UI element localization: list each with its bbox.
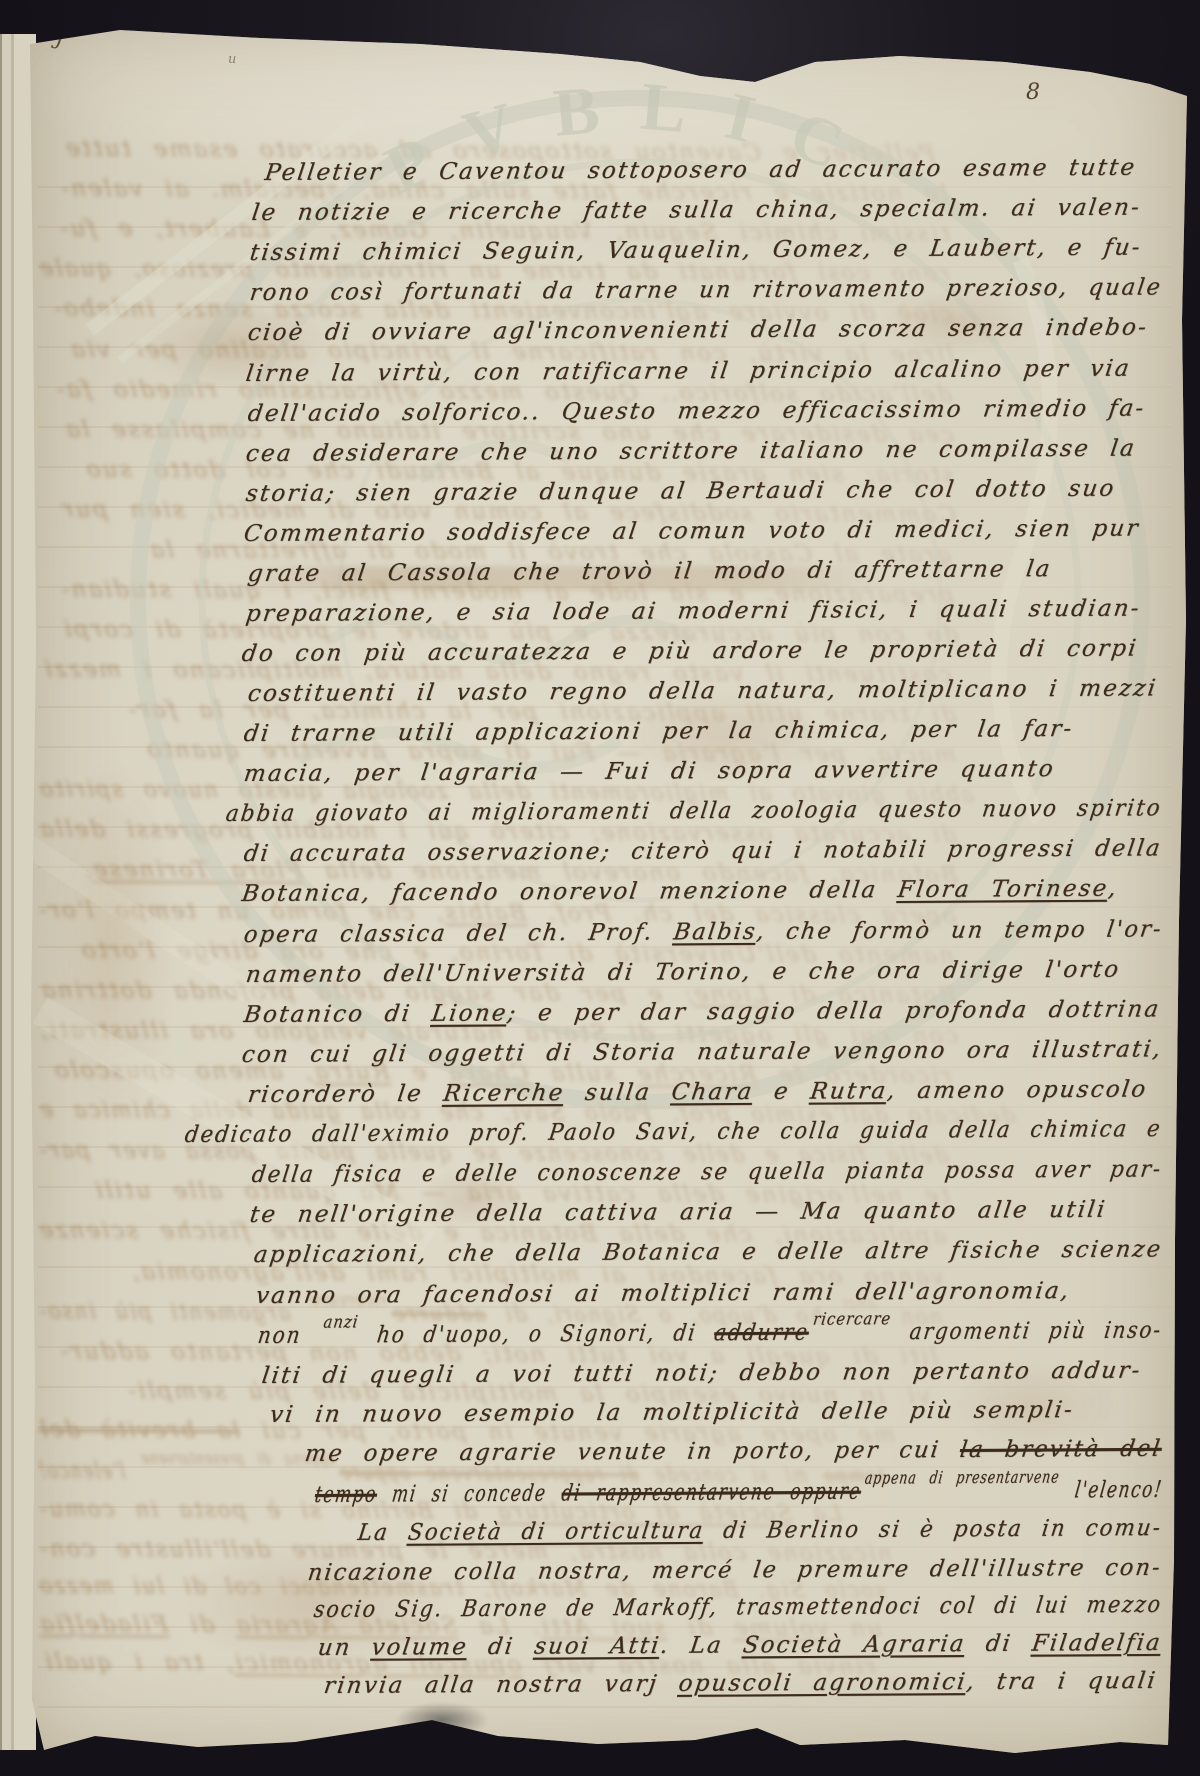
handwritten-line: tempo mi si concede di rappresentarvene … [313, 1477, 1164, 1508]
word-segment: macia, per l'agraria — Fui di sopra avve… [242, 756, 1056, 787]
word-segment: costituenti il vasto regno della natura,… [246, 675, 1159, 707]
page-number: 8 [1026, 80, 1040, 105]
underlined-word: volume [370, 1634, 470, 1661]
handwritten-line: lirne la virtù, con ratificarne il princ… [244, 356, 1132, 387]
inserted-word: ricercare [812, 1309, 893, 1329]
word-segment: di [466, 1634, 536, 1660]
handwritten-line: tissimi chimici Seguin, Vauquelin, Gomez… [248, 235, 1143, 266]
word-segment: applicazioni, che della Botanica e delle… [252, 1236, 1164, 1268]
word-segment: l'elenco! [1058, 1477, 1164, 1504]
underlined-word: Balbis [672, 919, 759, 946]
inserted-word: appena di presentarvene [864, 1467, 1061, 1488]
handwritten-line: cioè di ovviare agl'inconvenienti della … [246, 314, 1150, 346]
word-segment: Botanico di [242, 1001, 433, 1028]
handwritten-line: macia, per l'agraria — Fui di sopra avve… [242, 756, 1056, 787]
struck-word: la brevità del [958, 1436, 1163, 1463]
word-segment: , tra i quali [965, 1668, 1159, 1695]
word-segment: Botanica, facendo onorevol menzione dell… [240, 877, 899, 907]
handwritten-line: con cui gli oggetti di Storia naturale v… [240, 1036, 1164, 1068]
word-segment: e [752, 1079, 812, 1105]
word-segment: un [316, 1635, 373, 1661]
handwritten-line: liti di quegli a voi tutti noti; debbo n… [260, 1358, 1143, 1389]
word-segment: Commentario soddisfece al comun voto di … [242, 516, 1141, 547]
handwritten-line: socio Sig. Barone de Markoff, trasmetten… [312, 1592, 1163, 1623]
word-segment: ho d'uopo, o Signori, di [358, 1320, 716, 1348]
word-segment: storia; sien grazie dunque al Bertaudi c… [244, 476, 1117, 507]
handwritten-line: storia; sien grazie dunque al Bertaudi c… [244, 476, 1117, 507]
handwritten-line: cea desiderare che uno scrittore italian… [244, 436, 1137, 467]
handwritten-line: costituenti il vasto regno della natura,… [246, 675, 1159, 707]
struck-word: addurre [713, 1320, 811, 1347]
word-segment: opera classica del ch. Prof. [242, 919, 675, 948]
handwritten-line: Pelletier e Caventou sottoposero ad accu… [263, 155, 1138, 186]
adjacent-page-edge [0, 34, 36, 1750]
handwritten-line: do con più accuratezza e più ardore le p… [240, 636, 1139, 667]
word-segment: di accurata osservazione; citerò qui i n… [242, 835, 1163, 867]
handwritten-line: nicazione colla nostra, mercé le premure… [306, 1555, 1163, 1586]
ink-mark-small: u [228, 52, 236, 67]
scanned-document: Pelletier e Caventou sottoposero ad accu… [0, 0, 1200, 1776]
handwritten-line: te nell'origine della cattiva aria — Ma … [248, 1197, 1108, 1228]
struck-word: tempo [313, 1482, 378, 1508]
handwritten-line: opera classica del ch. Prof. Balbis, che… [242, 916, 1164, 948]
word-segment: La [356, 1520, 410, 1546]
handwritten-line: rono così fortunati da trarne un ritrova… [248, 274, 1163, 306]
handwritten-line: applicazioni, che della Botanica e delle… [252, 1236, 1164, 1268]
word-segment: lirne la virtù, con ratificarne il princ… [244, 356, 1132, 387]
handwritten-line: dell'acido solforico.. Questo mezzo effi… [246, 396, 1147, 428]
word-segment: , [1107, 876, 1120, 902]
word-segment: dell'acido solforico.. Questo mezzo effi… [246, 396, 1147, 428]
bottom-smudge [380, 1696, 504, 1744]
handwritten-line: ricorderò le Ricerche sulla Chara e Rutr… [246, 1076, 1149, 1108]
underlined-word: Rutra [809, 1078, 890, 1104]
word-segment: me opere agrarie venute in porto, per cu… [303, 1437, 962, 1467]
word-segment: della fisica e delle conoscenze se quell… [250, 1156, 1164, 1188]
word-segment: do con più accuratezza e più ardore le p… [240, 636, 1139, 667]
word-segment: sulla [563, 1079, 674, 1106]
word-segment: cioè di ovviare agl'inconvenienti della … [246, 314, 1150, 346]
handwritten-line: rinvia alla nostra varj opuscoli agronom… [322, 1668, 1158, 1699]
underlined-word: Chara [670, 1079, 755, 1106]
handwritten-line: le notizie e ricerche fatte sulla china,… [250, 195, 1142, 226]
handwritten-line: un volume di suoi Atti. La Società Agrar… [316, 1630, 1163, 1661]
word-segment: . La [659, 1632, 745, 1659]
underlined-word: Lione [430, 1000, 509, 1026]
word-segment: preparazione, e sia lode ai moderni fisi… [244, 596, 1142, 627]
underlined-word: Flora Torinese [896, 876, 1110, 903]
word-segment: nicazione colla nostra, mercé le premure… [306, 1555, 1163, 1586]
handwritten-line: Botanico di Lione; e per dar saggio dell… [242, 996, 1162, 1028]
scan-background: { "page_number": "8", "stamp": { "text":… [0, 0, 1200, 1776]
handwritten-line: namento dell'Università di Torino, e che… [244, 957, 1122, 988]
word-segment: cea desiderare che uno scrittore italian… [244, 436, 1137, 467]
underlined-word: Ricerche [442, 1080, 567, 1107]
handwritten-line: della fisica e delle conoscenze se quell… [250, 1156, 1164, 1188]
word-segment: argomenti più inso- [890, 1317, 1164, 1345]
handwritten-line: preparazione, e sia lode ai moderni fisi… [244, 596, 1142, 627]
handwritten-line: non anzi ho d'uopo, o Signori, di addurr… [256, 1317, 1164, 1349]
underlined-word: Filadelfia [1030, 1630, 1163, 1657]
word-segment: di [964, 1631, 1034, 1657]
word-segment: te nell'origine della cattiva aria — Ma … [248, 1197, 1108, 1228]
handwritten-line: Botanica, facendo onorevol menzione dell… [240, 876, 1119, 907]
word-segment: ; e per dar saggio della profonda dottri… [506, 996, 1162, 1026]
manuscript-page: Pelletier e Caventou sottoposero ad accu… [0, 0, 1200, 1776]
word-segment: ricorderò le [246, 1081, 445, 1108]
word-segment: liti di quegli a voi tutti noti; debbo n… [260, 1358, 1143, 1389]
word-segment: abbia giovato ai miglioramenti della zoo… [224, 795, 1163, 827]
underlined-word: suoi Atti [533, 1633, 663, 1660]
handwritten-line: La Società di orticultura di Berlino si … [356, 1515, 1163, 1546]
word-segment: , che formò un tempo l'or- [755, 916, 1164, 945]
word-segment: non [256, 1323, 321, 1349]
underlined-word: Società di orticultura [406, 1518, 706, 1546]
underlined-word: opuscoli agronomici [677, 1669, 969, 1697]
handwriting-layer: Pelletier e Caventou sottoposero ad accu… [0, 0, 1200, 1776]
struck-word: di rappresentarvene oppure [560, 1479, 863, 1507]
word-segment: vi in nuovo esempio la moltiplicità dell… [268, 1397, 1075, 1428]
word-segment: di Berlino si è posta in comu- [702, 1515, 1163, 1544]
handwritten-line: vanno ora facendosi ai moltiplici rami d… [254, 1278, 1072, 1309]
handwritten-line: me opere agrarie venute in porto, per cu… [303, 1436, 1163, 1467]
word-segment: rono così fortunati da trarne un ritrova… [248, 274, 1163, 306]
word-segment: di trarne utili applicazioni per la chim… [242, 716, 1075, 747]
handwritten-line: di trarne utili applicazioni per la chim… [242, 716, 1075, 747]
underlined-word: Società Agraria [741, 1631, 967, 1658]
word-segment: mi si concede [375, 1480, 563, 1507]
word-segment: , ameno opuscolo [886, 1076, 1150, 1104]
word-segment: vanno ora facendosi ai moltiplici rami d… [254, 1278, 1072, 1309]
word-segment: Pelletier e Caventou sottoposero ad accu… [263, 155, 1138, 186]
word-segment: socio Sig. Barone de Markoff, trasmetten… [312, 1592, 1163, 1623]
word-segment: rinvia alla nostra varj [322, 1671, 680, 1699]
handwritten-line: vi in nuovo esempio la moltiplicità dell… [268, 1397, 1075, 1428]
handwritten-line: Commentario soddisfece al comun voto di … [242, 516, 1141, 547]
word-segment: tissimi chimici Seguin, Vauquelin, Gomez… [248, 235, 1143, 266]
handwritten-line: di accurata osservazione; citerò qui i n… [242, 835, 1163, 867]
handwritten-line: dedicato dall'eximio prof. Paolo Savi, c… [183, 1116, 1163, 1148]
handwritten-line: abbia giovato ai miglioramenti della zoo… [224, 795, 1163, 827]
word-segment: grate al Cassola che trovò il modo di af… [246, 556, 1053, 587]
handwritten-line: grate al Cassola che trovò il modo di af… [246, 556, 1053, 587]
word-segment: con cui gli oggetti di Storia naturale v… [240, 1036, 1164, 1068]
word-segment: dedicato dall'eximio prof. Paolo Savi, c… [183, 1116, 1163, 1148]
inserted-word: anzi [322, 1312, 360, 1332]
word-segment: namento dell'Università di Torino, e che… [244, 957, 1122, 988]
word-segment: le notizie e ricerche fatte sulla china,… [250, 195, 1142, 226]
